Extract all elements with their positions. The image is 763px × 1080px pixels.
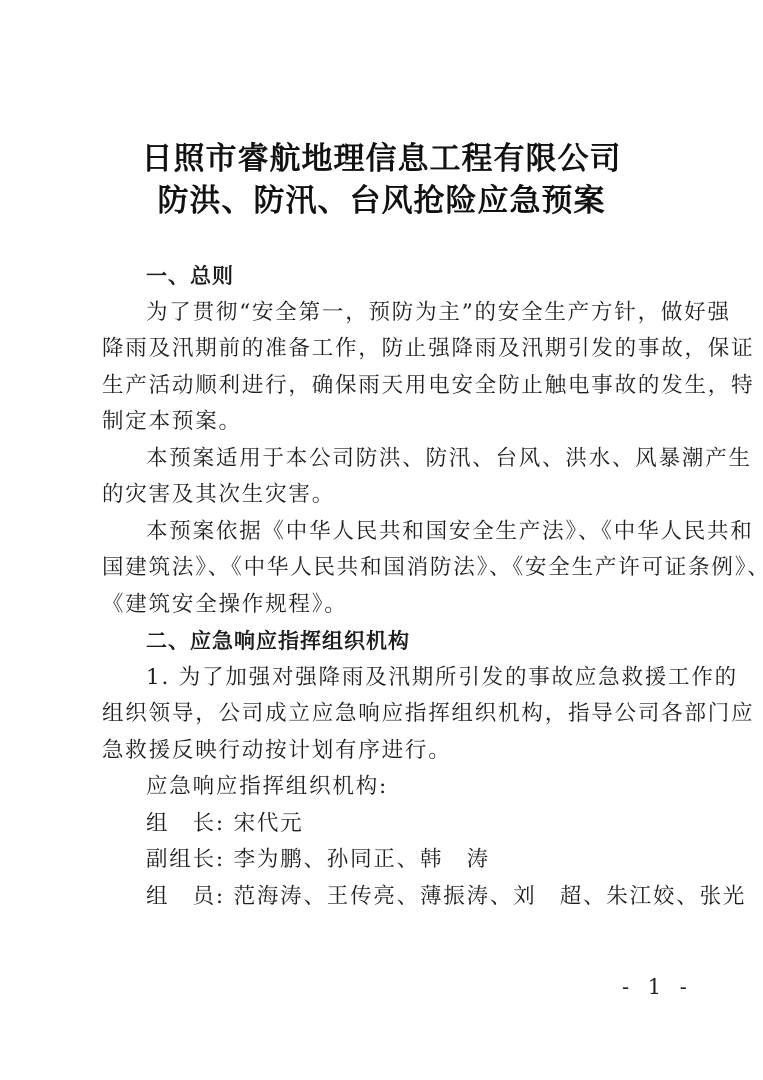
paragraph-line: 生产活动顺利进行，确保雨天用电安全防止触电事故的发生，特 xyxy=(102,368,670,405)
document-title: 日照市睿航地理信息工程有限公司 防洪、防汛、台风抢险应急预案 xyxy=(0,138,763,222)
paragraph-line: 国建筑法》、《中华人民共和国消防法》、《安全生产许可证条例》、 xyxy=(102,550,670,587)
org-members: 组 员: 范海涛、王传亮、薄振涛、刘 超、朱江姣、张光 xyxy=(102,879,670,916)
paragraph-line: 为了贯彻“安全第一，预防为主”的安全生产方针，做好强 xyxy=(102,295,670,332)
title-line-plan: 防洪、防汛、台风抢险应急预案 xyxy=(0,180,763,222)
org-leader: 组 长: 宋代元 xyxy=(102,806,670,843)
section-heading-general: 一、总则 xyxy=(102,258,670,295)
section-heading-command-org: 二、应急响应指挥组织机构 xyxy=(102,623,670,660)
paragraph-line: 本预案依据《中华人民共和国安全生产法》、《中华人民共和 xyxy=(102,514,670,551)
paragraph-line: 的灾害及其次生灾害。 xyxy=(102,477,670,514)
paragraph-line: 制定本预案。 xyxy=(102,404,670,441)
paragraph-line: 《建筑安全操作规程》。 xyxy=(102,587,670,624)
document-page: 日照市睿航地理信息工程有限公司 防洪、防汛、台风抢险应急预案 一、总则 为了贯彻… xyxy=(0,0,763,1080)
title-line-company: 日照市睿航地理信息工程有限公司 xyxy=(0,138,763,180)
org-deputy-leaders: 副组长: 李为鹏、孙同正、韩 涛 xyxy=(102,842,670,879)
paragraph-line: 1. 为了加强对强降雨及汛期所引发的事故应急救援工作的 xyxy=(102,660,670,697)
paragraph-line: 本预案适用于本公司防洪、防汛、台风、洪水、风暴潮产生 xyxy=(102,441,670,478)
paragraph-line: 组织领导，公司成立应急响应指挥组织机构，指导公司各部门应 xyxy=(102,696,670,733)
paragraph-line: 急救援反映行动按计划有序进行。 xyxy=(102,733,670,770)
document-body: 一、总则 为了贯彻“安全第一，预防为主”的安全生产方针，做好强 降雨及汛期前的准… xyxy=(102,258,670,915)
org-label: 应急响应指挥组织机构: xyxy=(102,769,670,806)
page-number: - 1 - xyxy=(622,975,693,999)
paragraph-line: 降雨及汛期前的准备工作，防止强降雨及汛期引发的事故，保证 xyxy=(102,331,670,368)
